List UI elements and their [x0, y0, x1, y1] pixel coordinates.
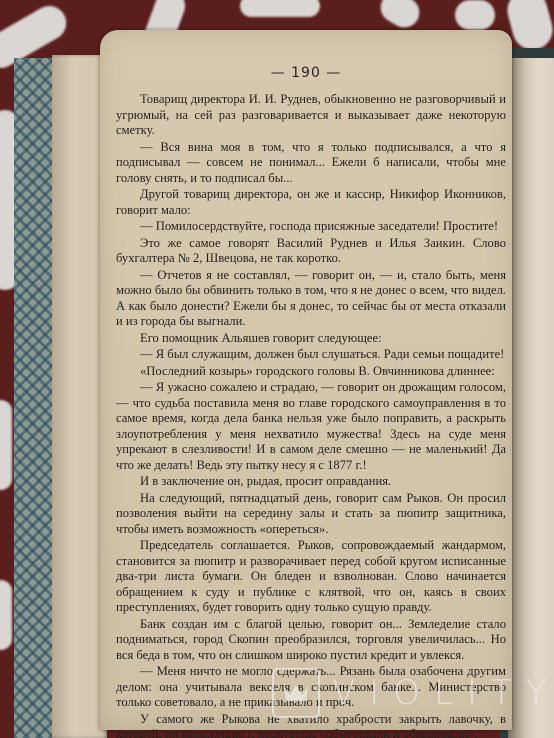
carpet-pattern	[240, 0, 320, 17]
paragraph: Другой товарищ директора, он же и кассир…	[116, 187, 506, 218]
paragraph: Товарищ директора И. И. Руднев, обыкнове…	[116, 92, 506, 139]
carpet-pattern	[375, 0, 425, 33]
carpet-pattern	[455, 0, 495, 30]
page-stack-right	[508, 58, 554, 738]
crown-icon	[272, 668, 320, 718]
book-page: — 190 — Товарищ директора И. И. Руднев, …	[100, 30, 512, 730]
page-text: Товарищ директора И. И. Руднев, обыкнове…	[116, 92, 506, 738]
paragraph: И в заключение он, рыдая, просит оправда…	[116, 474, 506, 490]
paragraph: — Я ужасно сожалею и страдаю, — говорит …	[116, 380, 506, 473]
page-number: — 190 —	[100, 65, 512, 81]
paragraph: Его помощник Альяшев говорит следующее:	[116, 331, 506, 347]
paragraph: — Отчетов я не составлял, — говорит он, …	[116, 268, 506, 330]
carpet-pattern	[0, 580, 12, 650]
paragraph: Это же самое говорят Василий Руднев и Ил…	[116, 236, 506, 267]
page-stack-left	[52, 55, 107, 738]
paragraph: — Помилосердствуйте, господа присяжные з…	[116, 219, 506, 235]
paragraph: Председатель соглашается. Рыков, сопрово…	[116, 538, 506, 616]
watermark-text: VIOLITY	[332, 673, 554, 713]
paragraph: «Последний козырь» городского головы В. …	[116, 364, 506, 380]
paragraph: — Вся вина моя в том, что я только подпи…	[116, 140, 506, 187]
paragraph: На следующий, пятнадцатый день, говорит …	[116, 491, 506, 538]
watermark: VIOLITY	[272, 668, 554, 718]
paragraph: Банк создан им с благой целью, говорит о…	[116, 617, 506, 664]
paragraph: — Я был служащим, должен был слушаться. …	[116, 347, 506, 363]
carpet-pattern	[0, 400, 12, 490]
